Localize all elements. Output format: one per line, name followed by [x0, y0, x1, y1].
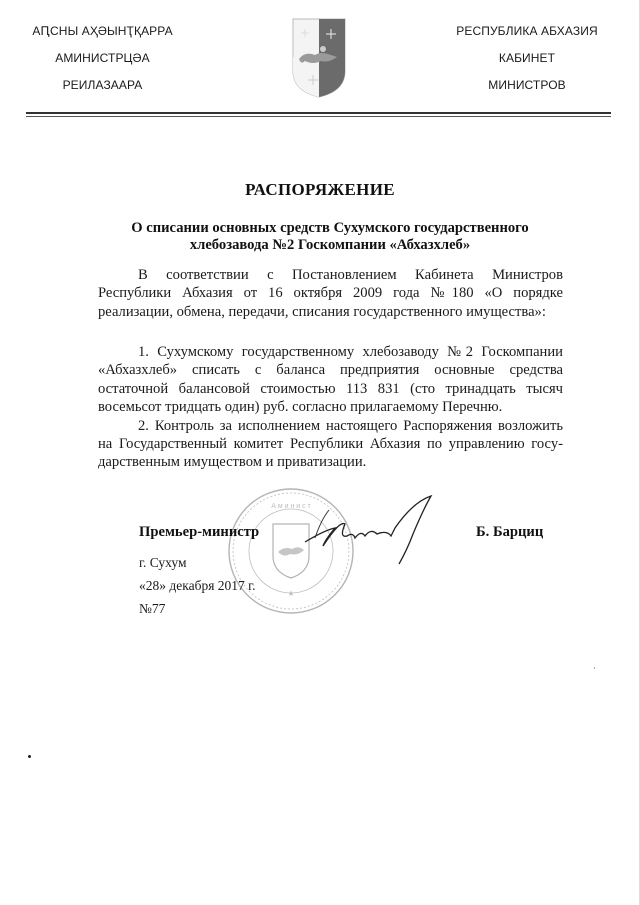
header-divider-top [26, 112, 611, 114]
document-title: РАСПОРЯЖЕНИЕ [0, 180, 640, 200]
header-right-line-2: КАБИНЕТ [442, 51, 612, 78]
preamble-text: В соответствии с Постановлением Кабинета… [98, 266, 563, 321]
header-right-line-1: РЕСПУБЛИКА АБХАЗИЯ [442, 24, 612, 51]
header-left-line-3: РЕИЛАЗААРА [20, 78, 185, 105]
issue-city: г. Сухум [139, 555, 187, 571]
svg-text:★: ★ [287, 589, 294, 598]
header-abkhaz: АԤСНЫ АҲӘЫНҬҚАРРА АМИНИСТРЦӘА РЕИЛАЗААРА [20, 24, 185, 105]
coat-of-arms-icon [291, 17, 347, 99]
scan-speck [28, 755, 31, 758]
subject-line-1: О списании основных средств Сухумского г… [100, 220, 560, 237]
header-divider-bottom [26, 116, 611, 118]
header-left-line-2: АМИНИСТРЦӘА [20, 51, 185, 78]
order-items: 1. Сухумскому государственному хлебозаво… [98, 343, 563, 472]
document-subject: О списании основных средств Сухумского г… [100, 220, 560, 254]
document-number: №77 [139, 601, 165, 617]
scan-speck [594, 667, 595, 669]
header-russian: РЕСПУБЛИКА АБХАЗИЯ КАБИНЕТ МИНИСТРОВ [442, 24, 612, 105]
order-item-2: 2. Контроль за исполнением настоящего Ра… [98, 417, 563, 472]
signatory-role: Премьер-министр [139, 524, 259, 541]
order-item-1: 1. Сухумскому государственному хлебозаво… [98, 343, 563, 417]
signatory-name: Б. Барциц [476, 524, 543, 541]
header-left-line-1: АԤСНЫ АҲӘЫНҬҚАРРА [20, 24, 185, 51]
subject-line-2: хлебозавода №2 Госкомпании «Абхазхлеб» [100, 237, 560, 254]
preamble-paragraph: В соответствии с Постановлением Кабинета… [98, 266, 563, 321]
header-right-line-3: МИНИСТРОВ [442, 78, 612, 105]
issue-date: «28» декабря 2017 г. [139, 578, 256, 594]
handwritten-signature-icon [295, 490, 445, 570]
